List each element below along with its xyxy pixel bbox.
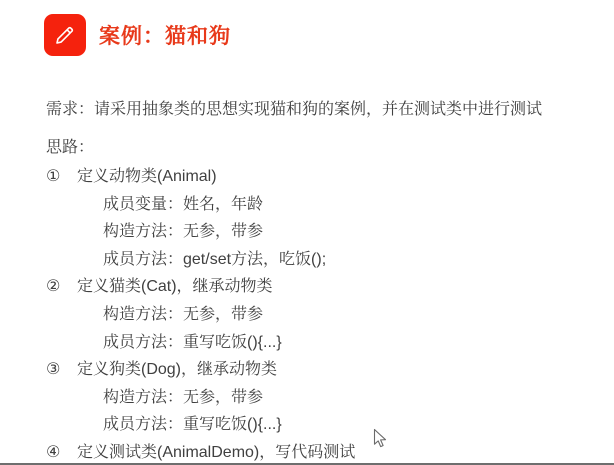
step-1-detail: 成员方法：get/set方法，吃饭(); (46, 246, 355, 274)
pencil-icon (44, 14, 86, 56)
step-3: ③定义狗类(Dog)，继承动物类 (46, 356, 355, 384)
page-header: 案例：猫和狗 (44, 14, 231, 56)
step-3-number: ③ (46, 356, 77, 384)
step-2-detail: 构造方法：无参，带参 (46, 301, 355, 329)
requirement-text: 需求：请采用抽象类的思想实现猫和狗的案例，并在测试类中进行测试 (46, 96, 542, 119)
step-1-title: 定义动物类(Animal) (77, 168, 217, 185)
mouse-cursor-icon (373, 428, 387, 449)
steps-list: ①定义动物类(Animal) 成员变量：姓名，年龄 构造方法：无参，带参 成员方… (46, 163, 355, 465)
step-3-title: 定义狗类(Dog)，继承动物类 (77, 361, 277, 378)
step-1: ①定义动物类(Animal) (46, 163, 355, 191)
step-3-detail: 构造方法：无参，带参 (46, 384, 355, 412)
step-3-detail: 成员方法：重写吃饭(){...} (46, 411, 355, 439)
step-2-title: 定义猫类(Cat)，继承动物类 (77, 278, 273, 295)
step-4-title: 定义测试类(AnimalDemo)，写代码测试 (77, 444, 355, 461)
approach-label: 思路： (46, 134, 94, 157)
step-1-detail: 构造方法：无参，带参 (46, 218, 355, 246)
step-2-detail: 成员方法：重写吃饭(){...} (46, 329, 355, 357)
step-4-number: ④ (46, 439, 77, 465)
step-1-detail: 成员变量：姓名，年龄 (46, 191, 355, 219)
page-title: 案例：猫和狗 (99, 20, 231, 50)
document-page: 案例：猫和狗 需求：请采用抽象类的思想实现猫和狗的案例，并在测试类中进行测试 思… (0, 0, 614, 465)
step-2-number: ② (46, 273, 77, 301)
step-1-number: ① (46, 163, 77, 191)
step-4: ④定义测试类(AnimalDemo)，写代码测试 (46, 439, 355, 465)
step-2: ②定义猫类(Cat)，继承动物类 (46, 273, 355, 301)
